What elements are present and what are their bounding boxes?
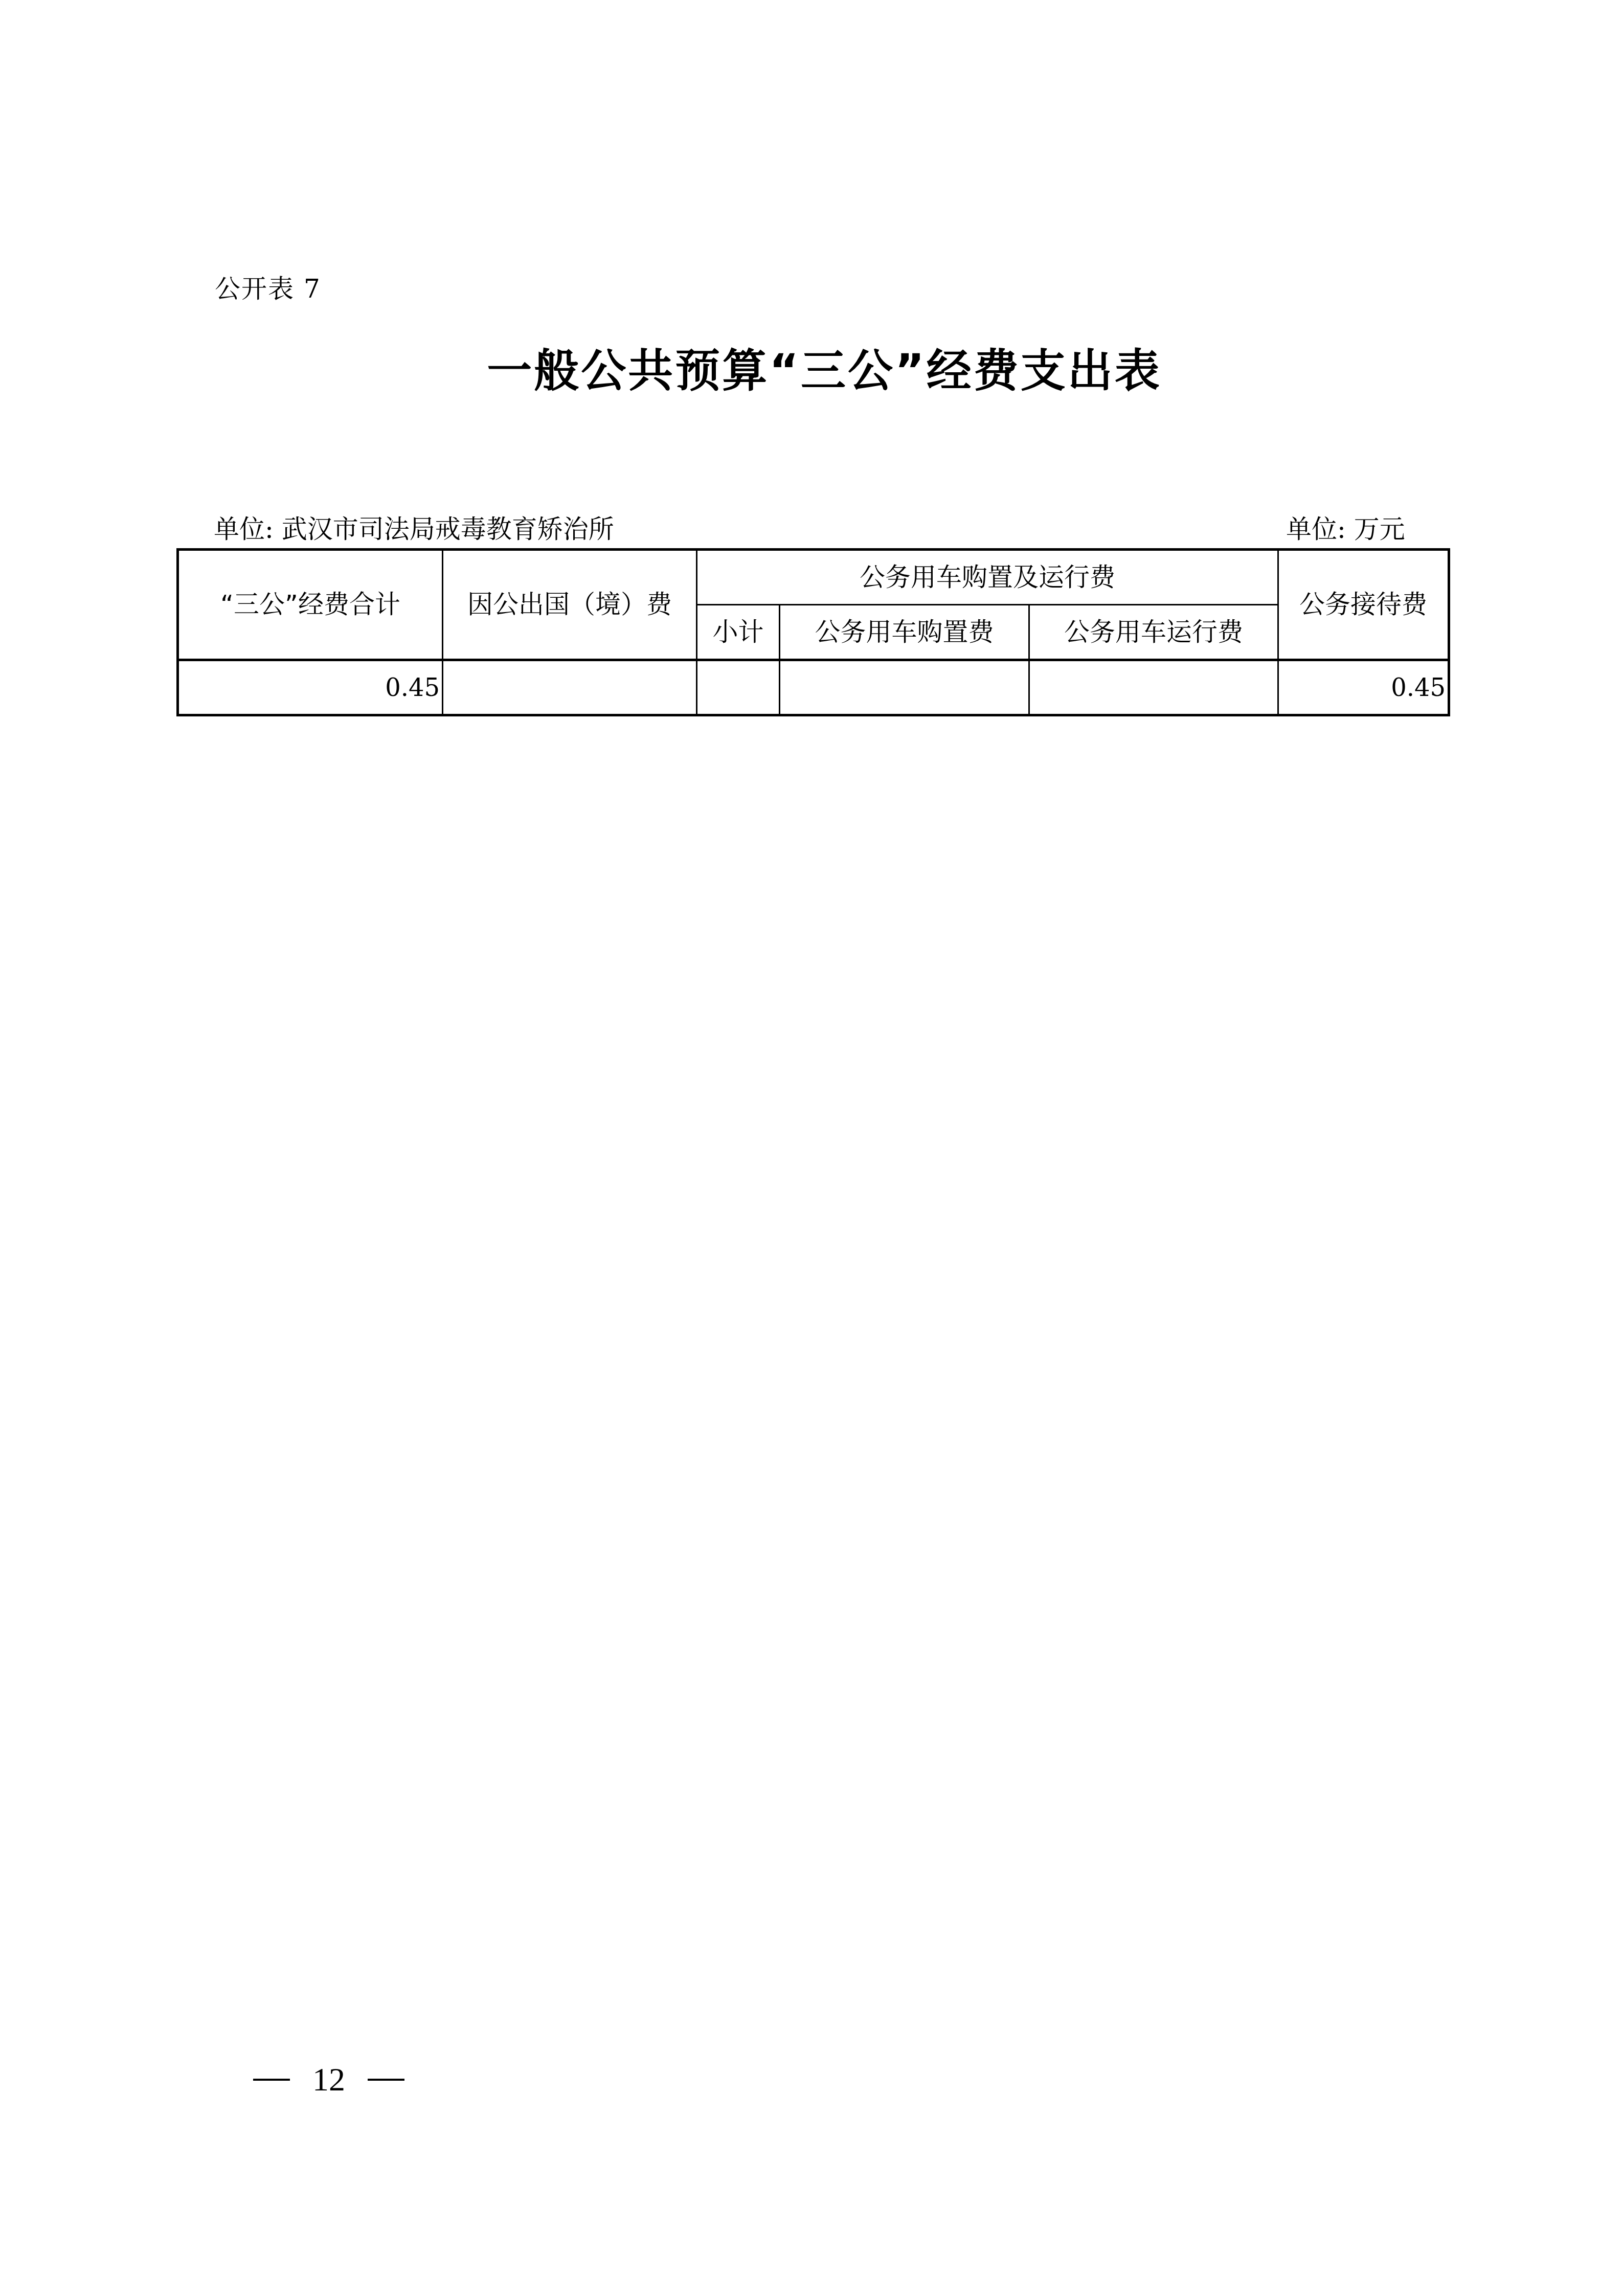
header-total: “三公”经费合计: [178, 550, 443, 660]
cell-total: 0.45: [178, 660, 443, 715]
cell-vehicle-subtotal: [697, 660, 780, 715]
page-footer: 12: [253, 2061, 404, 2099]
header-row-1: “三公”经费合计 因公出国（境）费 公务用车购置及运行费 公务接待费: [178, 550, 1449, 605]
header-abroad: 因公出国（境）费: [443, 550, 697, 660]
currency-unit: 单位: 万元: [1286, 509, 1405, 546]
cell-reception: 0.45: [1278, 660, 1449, 715]
page-number: 12: [312, 2061, 345, 2099]
table-row: 0.45 0.45: [178, 660, 1449, 715]
organization-unit: 单位: 武汉市司法局戒毒教育矫治所: [214, 509, 614, 546]
header-vehicle-purchase: 公务用车购置费: [780, 605, 1029, 660]
header-reception: 公务接待费: [1278, 550, 1449, 660]
header-vehicle-operation: 公务用车运行费: [1029, 605, 1278, 660]
table-number-label: 公开表 7: [215, 268, 321, 305]
header-vehicle-group: 公务用车购置及运行费: [697, 550, 1278, 605]
dash-right: [368, 2079, 404, 2081]
cell-vehicle-operation: [1029, 660, 1278, 715]
cell-abroad: [443, 660, 697, 715]
three-public-expense-table: “三公”经费合计 因公出国（境）费 公务用车购置及运行费 公务接待费 小计 公务…: [176, 548, 1450, 716]
page-title: 一般公共预算“三公”经费支出表: [0, 335, 1623, 399]
header-vehicle-subtotal: 小计: [697, 605, 780, 660]
dash-left: [253, 2079, 290, 2081]
cell-vehicle-purchase: [780, 660, 1029, 715]
